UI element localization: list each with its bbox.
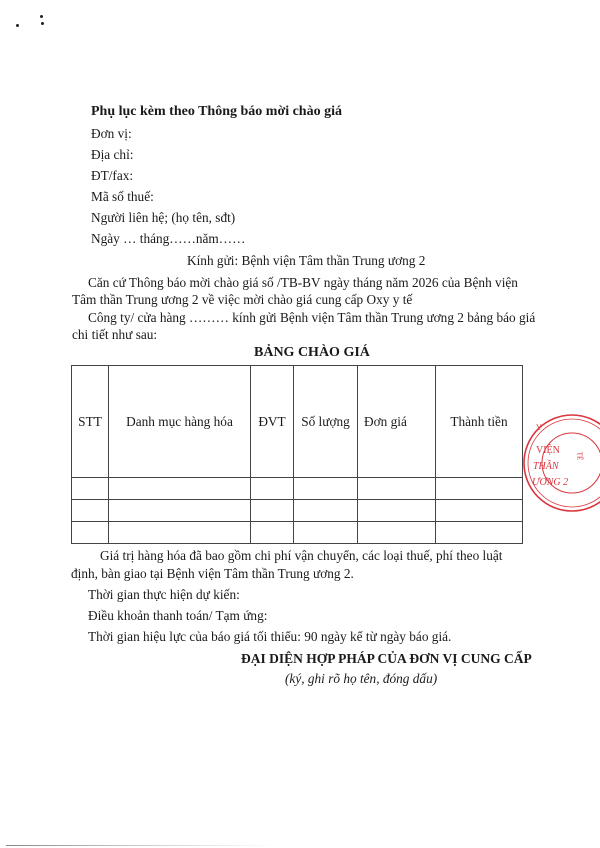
cell bbox=[251, 478, 294, 500]
note-line2: định, bàn giao tại Bệnh viện Tâm thần Tr… bbox=[71, 566, 354, 582]
cell bbox=[294, 522, 358, 544]
cell bbox=[109, 500, 251, 522]
note-line1: Giá trị hàng hóa đã bao gồm chi phí vận … bbox=[100, 548, 502, 564]
field-ngay: Ngày … tháng……năm…… bbox=[91, 231, 245, 247]
cell bbox=[358, 500, 436, 522]
cell bbox=[436, 522, 523, 544]
header-don-gia: Đơn giá bbox=[358, 366, 436, 478]
signature-note: (ký, ghi rõ họ tên, đóng dấu) bbox=[285, 671, 437, 687]
header-danh-muc: Danh mục hàng hóa bbox=[109, 366, 251, 478]
quote-table: STT Danh mục hàng hóa ĐVT Số lượng Đơn g… bbox=[71, 365, 523, 544]
cell bbox=[72, 522, 109, 544]
cell bbox=[251, 500, 294, 522]
field-nguoi-lien-he: Người liên hệ; (họ tên, sđt) bbox=[91, 210, 235, 226]
paragraph-basis-line2: Tâm thần Trung ương 2 về việc mời chào g… bbox=[72, 292, 412, 308]
cell bbox=[72, 478, 109, 500]
field-don-vi: Đơn vị: bbox=[91, 126, 132, 142]
cell bbox=[358, 478, 436, 500]
field-ma-so-thue: Mã số thuế: bbox=[91, 189, 154, 205]
validity-text: Thời gian hiệu lực của báo giá tối thiểu… bbox=[88, 629, 451, 645]
field-dia-chi: Địa chỉ: bbox=[91, 147, 133, 163]
table-row bbox=[72, 522, 523, 544]
header-thanh-tien: Thành tiền bbox=[436, 366, 523, 478]
field-dt-fax: ĐT/fax: bbox=[91, 168, 133, 184]
cell bbox=[109, 522, 251, 544]
scan-speck bbox=[16, 24, 19, 27]
paragraph-company-line1: Công ty/ cửa hàng ……… kính gửi Bệnh viện… bbox=[88, 310, 535, 326]
cell bbox=[72, 500, 109, 522]
document-title: Phụ lục kèm theo Thông báo mời chào giá bbox=[91, 104, 342, 120]
cell bbox=[294, 500, 358, 522]
cell bbox=[294, 478, 358, 500]
scan-speck bbox=[41, 22, 44, 25]
execution-time-field: Thời gian thực hiện dự kiến: bbox=[88, 587, 240, 603]
stamp-text-top: Y bbox=[536, 423, 542, 432]
footer-rule bbox=[6, 845, 276, 846]
table-row bbox=[72, 500, 523, 522]
recipient-line: Kính gửi: Bệnh viện Tâm thần Trung ương … bbox=[187, 253, 425, 269]
payment-terms-field: Điều khoản thanh toán/ Tạm ứng: bbox=[88, 608, 267, 624]
stamp-text-line3: ƯƠNG 2 bbox=[532, 477, 568, 488]
paragraph-basis-line1: Căn cứ Thông báo mời chào giá số /TB-BV … bbox=[88, 275, 518, 291]
header-so-luong: Số lượng bbox=[294, 366, 358, 478]
header-stt: STT bbox=[72, 366, 109, 478]
stamp-seal bbox=[522, 413, 600, 533]
signature-title: ĐẠI DIỆN HỢP PHÁP CỦA ĐƠN VỊ CUNG CẤP bbox=[241, 651, 532, 667]
header-dvt: ĐVT bbox=[251, 366, 294, 478]
cell bbox=[251, 522, 294, 544]
table-title: BẢNG CHÀO GIÁ bbox=[254, 345, 370, 361]
table-row bbox=[72, 478, 523, 500]
cell bbox=[358, 522, 436, 544]
table-header-row: STT Danh mục hàng hóa ĐVT Số lượng Đơn g… bbox=[72, 366, 523, 478]
stamp-text-line1: VIỆN bbox=[536, 445, 560, 456]
cell bbox=[436, 478, 523, 500]
scan-speck bbox=[40, 15, 43, 18]
cell bbox=[109, 478, 251, 500]
paragraph-company-line2: chi tiết như sau: bbox=[72, 327, 157, 343]
stamp-text-side: TẾ bbox=[575, 452, 583, 461]
stamp-text-line2: THẦN bbox=[533, 461, 559, 472]
cell bbox=[436, 500, 523, 522]
